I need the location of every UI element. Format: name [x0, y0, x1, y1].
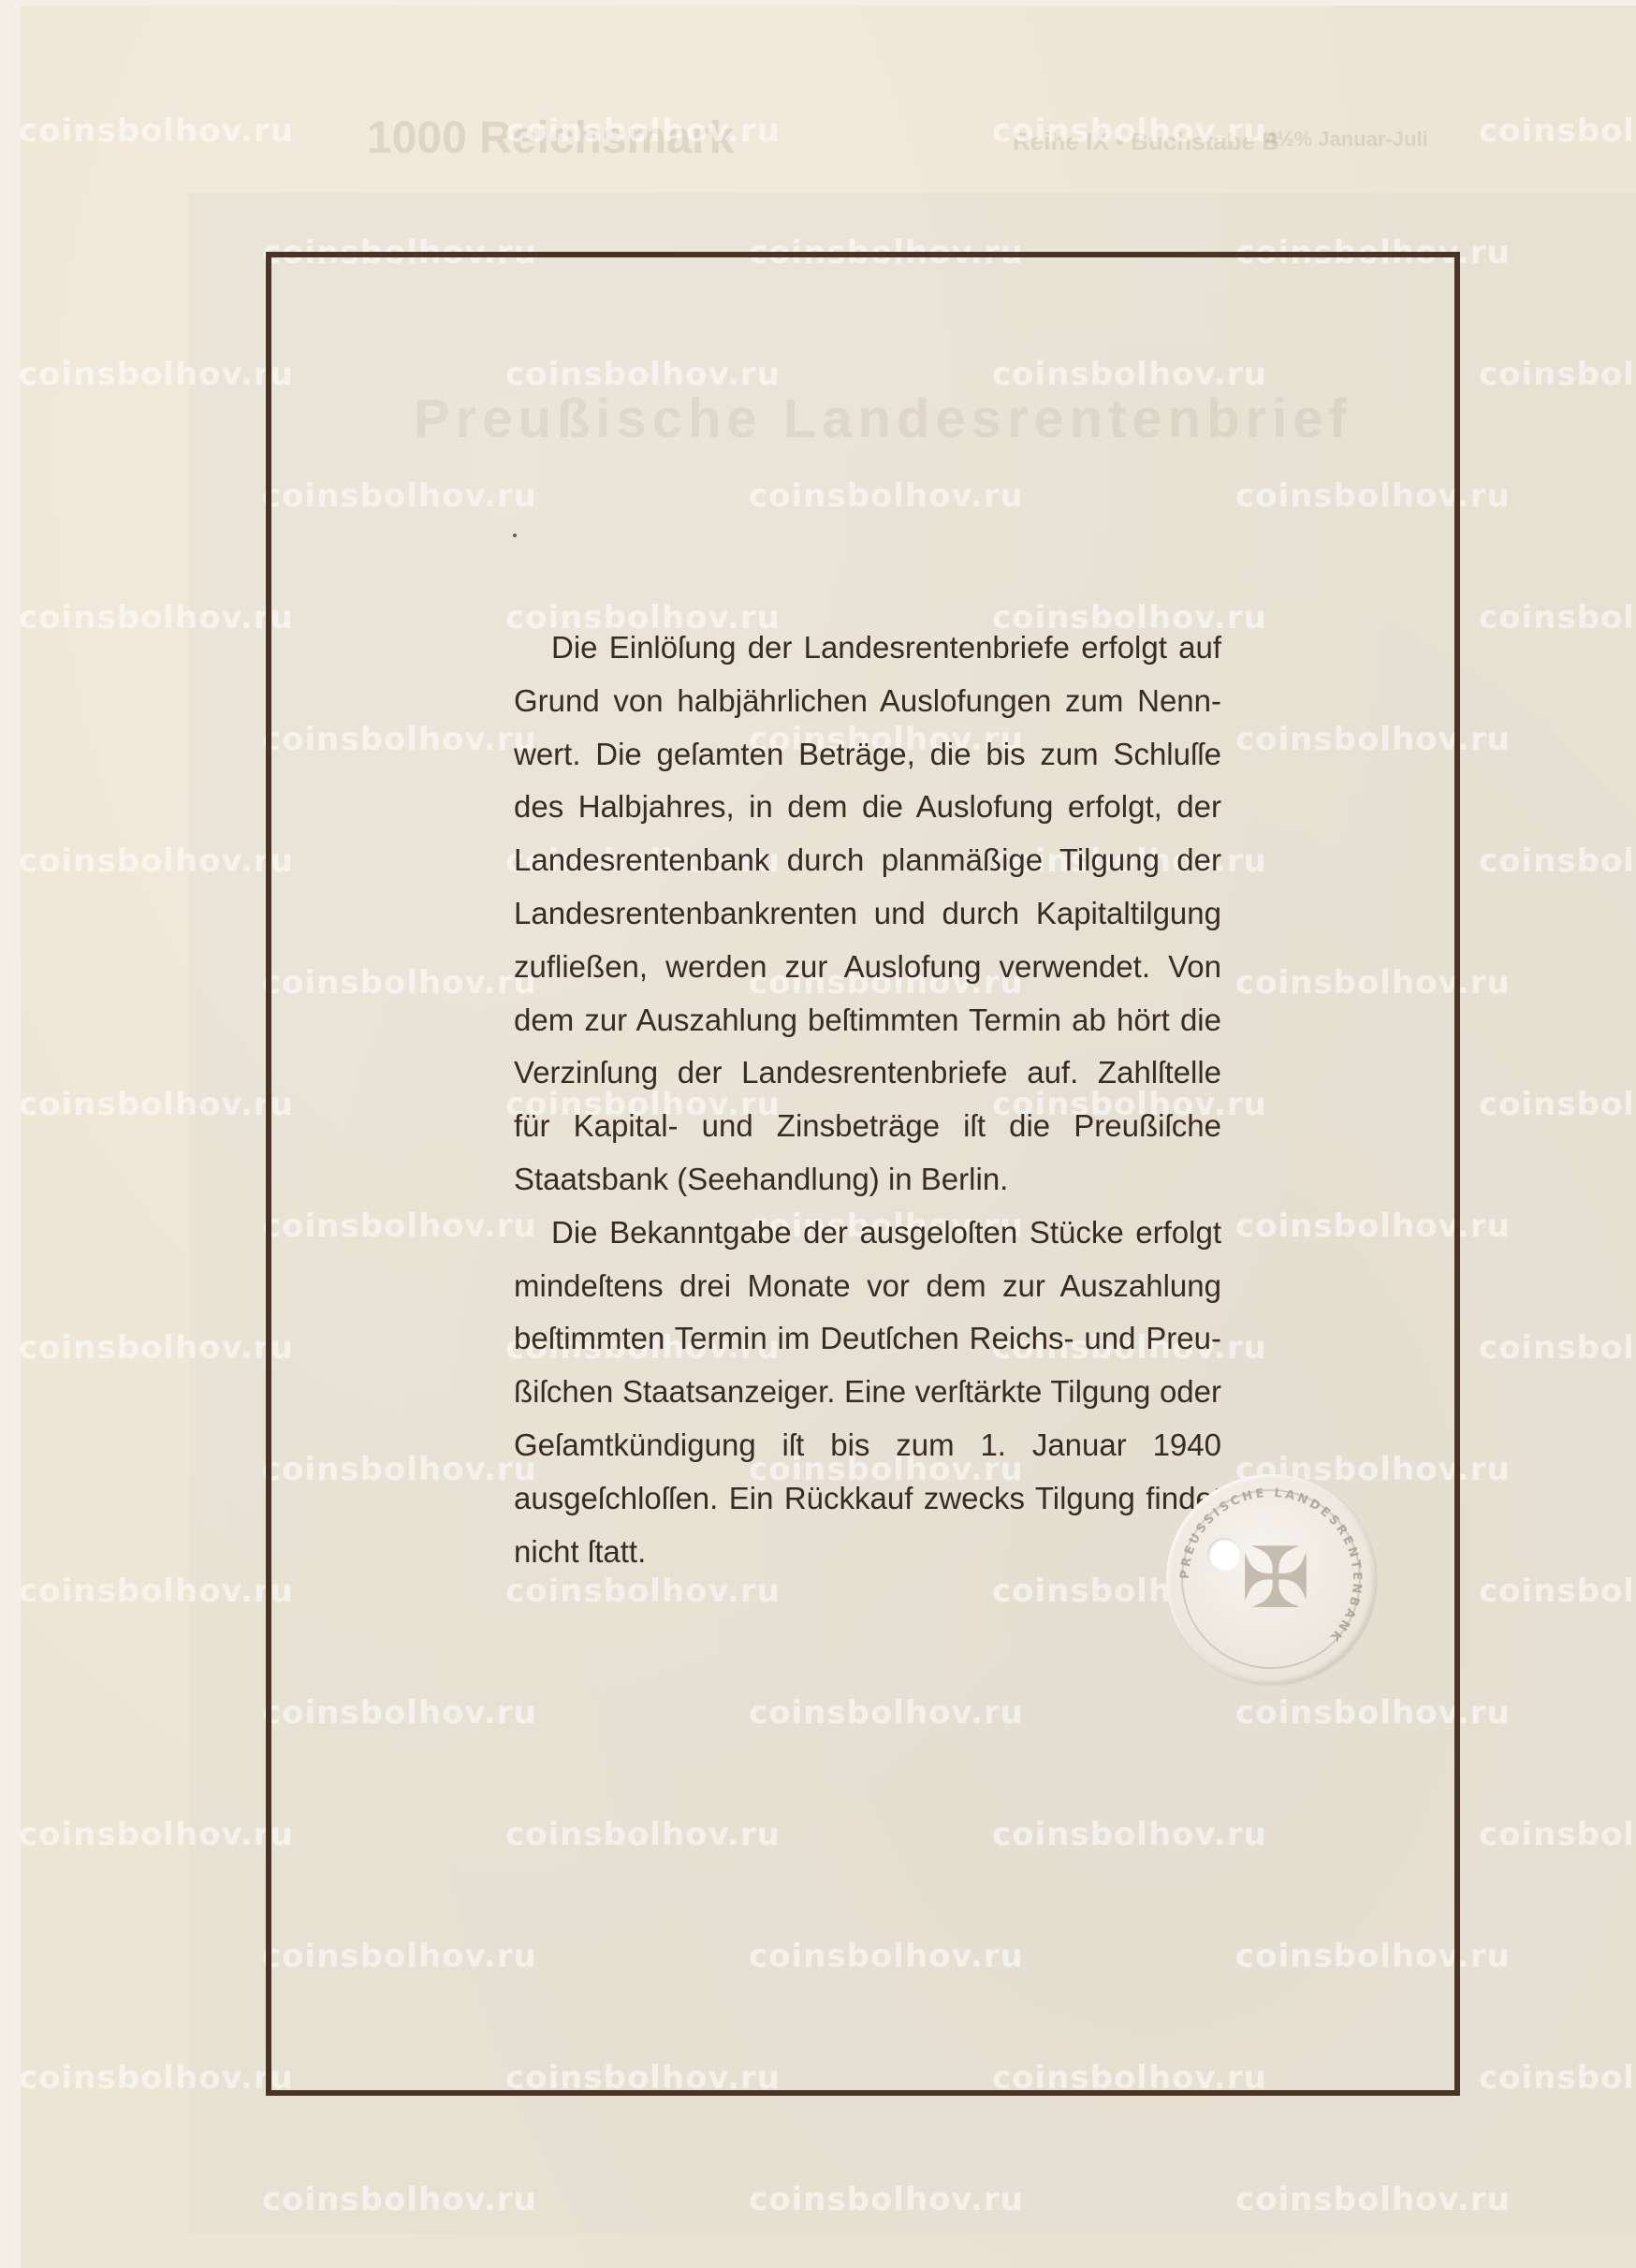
watermark-text: coinsbolhov.ru — [19, 2059, 294, 2097]
eagle-emblem-icon: ✠ — [1234, 1523, 1318, 1635]
watermark-text: coinsbolhov.ru — [749, 2181, 1024, 2218]
watermark-text: coinsbolhov.ru — [1479, 1329, 1636, 1367]
watermark-text: coinsbolhov.ru — [1479, 1816, 1636, 1853]
watermark-text: coinsbolhov.ru — [992, 112, 1267, 150]
watermark-text: coinsbolhov.ru — [19, 1816, 294, 1853]
punch-hole — [1207, 1538, 1241, 1572]
watermark-text: coinsbolhov.ru — [505, 112, 781, 150]
watermark-text: coinsbolhov.ru — [1479, 1086, 1636, 1123]
document-page: 4½% Januar-Juli Reihe IX • Buchstabe B 1… — [21, 6, 1636, 2268]
watermark-text: coinsbolhov.ru — [1235, 2181, 1511, 2218]
paragraph-announcement: Die Bekanntgabe der ausgeloſten Stücke e… — [514, 1207, 1221, 1579]
watermark-text: coinsbolhov.ru — [19, 356, 294, 393]
terms-text-block: Die Einlöſung der Landesrentenbriefe erf… — [514, 622, 1221, 1578]
bleed-header-left: 4½% Januar-Juli — [1265, 127, 1428, 152]
ink-speck — [513, 534, 517, 537]
watermark-text: coinsbolhov.ru — [1479, 599, 1636, 637]
watermark-text: coinsbolhov.ru — [1479, 356, 1636, 393]
watermark-text: coinsbolhov.ru — [1479, 112, 1636, 150]
watermark-text: coinsbolhov.ru — [19, 842, 294, 880]
watermark-text: coinsbolhov.ru — [1479, 2059, 1636, 2097]
watermark-text: coinsbolhov.ru — [1479, 1573, 1636, 1610]
watermark-text: coinsbolhov.ru — [19, 112, 294, 150]
watermark-text: coinsbolhov.ru — [19, 599, 294, 637]
watermark-text: coinsbolhov.ru — [19, 1086, 294, 1123]
embossed-seal: PREUSSISCHE LANDESRENTENBANK ✠ — [1166, 1474, 1376, 1684]
watermark-text: coinsbolhov.ru — [1479, 842, 1636, 880]
watermark-text: coinsbolhov.ru — [19, 1573, 294, 1610]
watermark-text: coinsbolhov.ru — [262, 2181, 537, 2218]
paragraph-redemption: Die Einlöſung der Landesrentenbriefe erf… — [514, 622, 1221, 1207]
watermark-text: coinsbolhov.ru — [19, 1329, 294, 1367]
